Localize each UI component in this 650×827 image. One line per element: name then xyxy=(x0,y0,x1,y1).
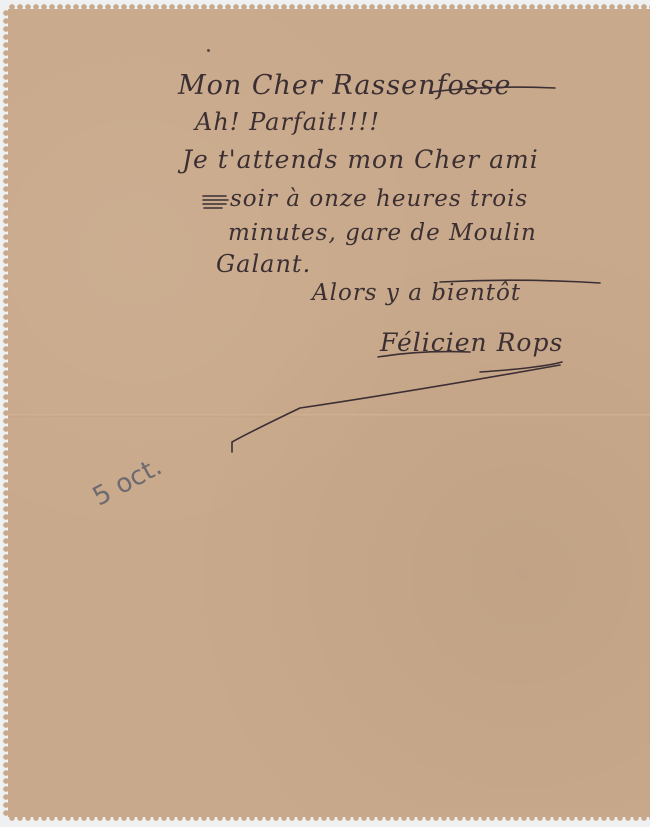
underline-rassenfosse xyxy=(430,87,555,92)
line-flourish xyxy=(440,280,600,283)
closing-flourish xyxy=(232,365,560,452)
signature-underline xyxy=(378,352,470,357)
pen-flourishes xyxy=(0,0,650,827)
crossed-out-word xyxy=(203,196,228,208)
